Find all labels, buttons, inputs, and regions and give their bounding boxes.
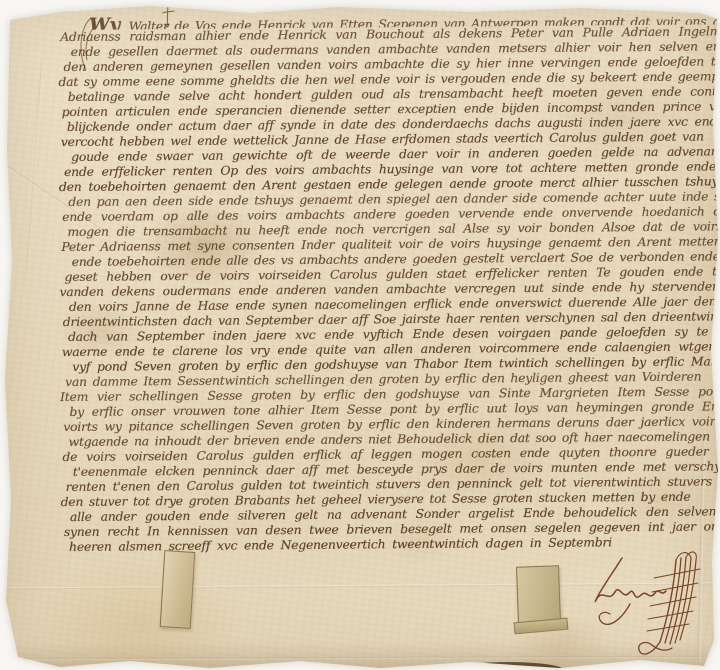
bottom-seal-remnant bbox=[452, 662, 564, 670]
parchment-wrapper: Wy Walter de Vos ende Henrick van Etten … bbox=[0, 0, 720, 670]
scanned-document-page: Wy Walter de Vos ende Henrick van Etten … bbox=[0, 0, 720, 670]
seal-tag-left bbox=[160, 550, 196, 629]
parchment: Wy Walter de Vos ende Henrick van Etten … bbox=[0, 0, 720, 670]
vertical-crease bbox=[27, 60, 43, 270]
text-block: Wy Walter de Vos ende Henrick van Etten … bbox=[58, 12, 711, 555]
signature-paraph-icon bbox=[639, 552, 700, 654]
signature bbox=[588, 546, 716, 664]
opening-initial: Wy bbox=[89, 14, 129, 30]
seal-tag-right bbox=[516, 565, 561, 624]
